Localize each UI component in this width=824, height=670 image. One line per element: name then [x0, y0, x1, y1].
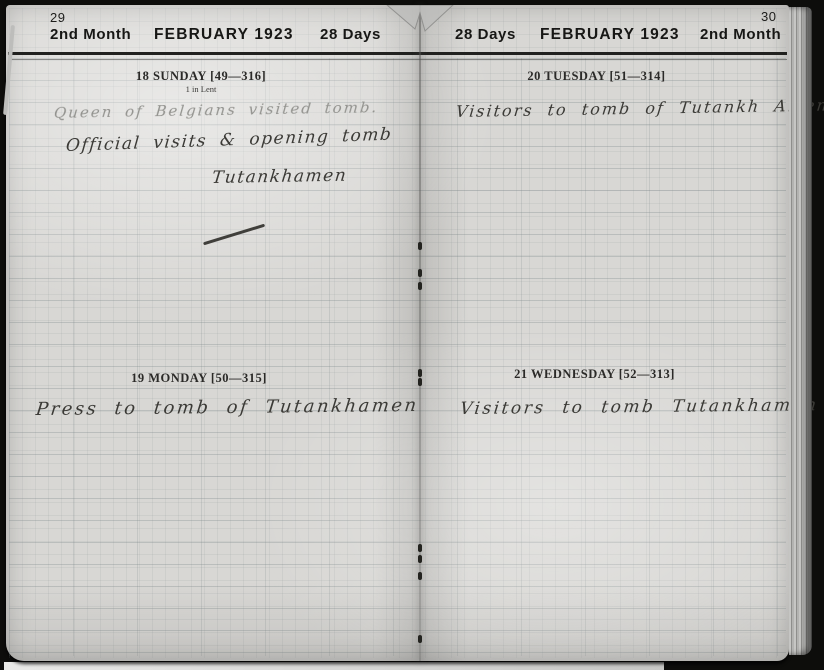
page-number: 29 [50, 10, 65, 25]
diary-title: FEBRUARY 1923 [154, 26, 294, 44]
binding-top-notch [385, 5, 455, 35]
binding-stitch [418, 369, 422, 377]
hw-line-visitors-wednesday: Visitors to tomb Tutankhamen [459, 395, 820, 419]
page-edge-stack [789, 7, 812, 655]
pen-stroke-mark [203, 224, 265, 245]
left-page: 29 2nd Month FEBRUARY 1923 28 Days 18 SU… [6, 5, 420, 661]
binding-stitch [418, 242, 422, 250]
binding-stitch [418, 282, 422, 290]
binding-stitch [418, 378, 422, 386]
hw-line-press-visit: Press to tomb of Tutankhamen [35, 395, 420, 420]
binding-stitch [418, 572, 422, 580]
day-heading-sunday-18: 18 SUNDAY [49—316] [0, 69, 408, 84]
hw-line-queen-of-belgians: Queen of Belgians visited tomb. [53, 98, 379, 122]
day-heading-tuesday-20: 20 TUESDAY [51—314] [412, 69, 781, 84]
days-label: 28 Days [455, 26, 516, 43]
hw-line-tutankhamen: Tutankhamen [211, 166, 348, 188]
day-heading-wednesday-21: 21 WEDNESDAY [52—313] [410, 367, 779, 382]
day-heading-monday-19: 19 MONDAY [50—315] [0, 371, 406, 386]
diary-scan: 29 2nd Month FEBRUARY 1923 28 Days 18 SU… [0, 0, 824, 670]
hw-line-official-visits: Official visits & opening tomb [65, 125, 393, 156]
page-number: 30 [761, 9, 776, 24]
binding-stitch [418, 555, 422, 563]
hw-line-visitors-tuesday: Visitors to tomb of Tutankh Amen. [455, 95, 824, 121]
diary-spread: 29 2nd Month FEBRUARY 1923 28 Days 18 SU… [6, 5, 789, 661]
right-page: 30 28 Days FEBRUARY 1923 2nd Month 20 TU… [420, 5, 789, 661]
binding-stitch [418, 635, 422, 643]
days-label: 28 Days [320, 26, 381, 43]
binding-stitch [418, 544, 422, 552]
month-label: 2nd Month [700, 26, 781, 43]
day-subheading-lent: 1 in Lent [0, 84, 408, 94]
diary-title: FEBRUARY 1923 [540, 26, 680, 44]
binding-stitch [418, 269, 422, 277]
scanner-backing-strip [4, 662, 664, 670]
month-label: 2nd Month [50, 26, 131, 43]
